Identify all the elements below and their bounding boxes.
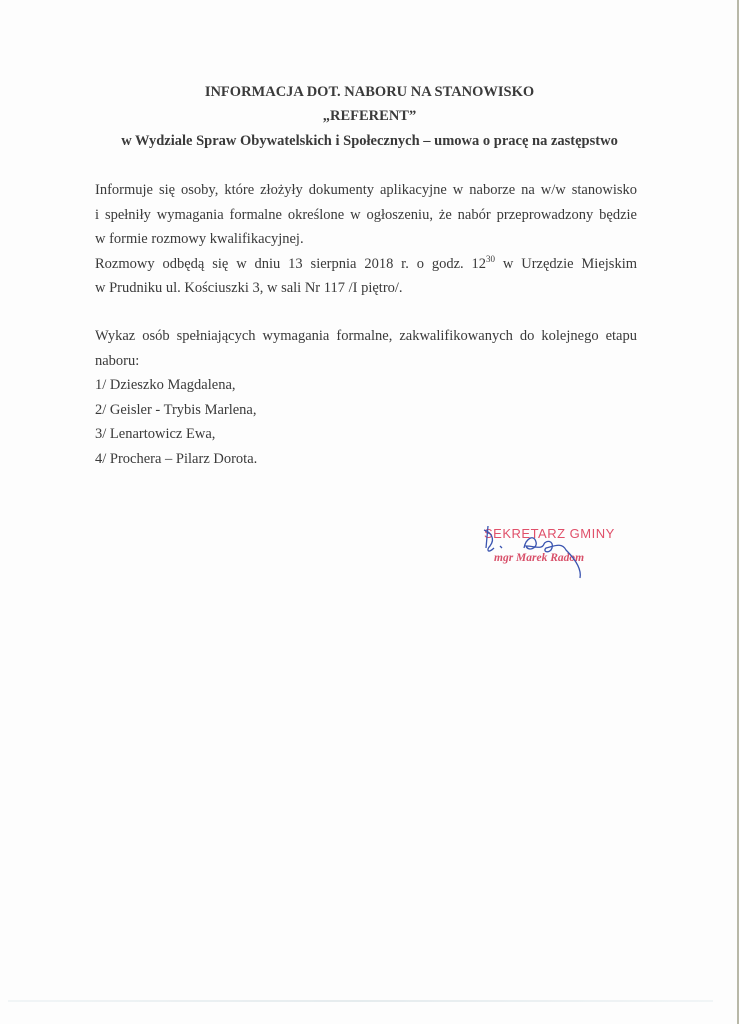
official-stamp: SEKRETARZ GMINY mgr Marek Radom [482, 526, 642, 596]
paragraph-line: w formie rozmowy kwalifikacyjnej. [95, 227, 637, 252]
candidates-paragraph: Wykaz osób spełniających wymagania forma… [95, 324, 637, 471]
candidate-item: 1/ Dzieszko Magdalena, [95, 373, 637, 398]
handwritten-signature-icon [482, 518, 632, 593]
interview-location-line: w Prudniku ul. Kościuszki 3, w sali Nr 1… [95, 276, 637, 301]
title-position: „REFERENT” [0, 104, 739, 128]
paragraph-line: naboru: [95, 349, 637, 374]
paragraph-line: i spełniły wymagania formalne określone … [95, 203, 637, 228]
scan-artifact-line [8, 1000, 713, 1002]
candidate-item: 4/ Prochera – Pilarz Dorota. [95, 447, 637, 472]
title-line-1: INFORMACJA DOT. NABORU NA STANOWISKO [0, 80, 739, 104]
candidate-item: 3/ Lenartowicz Ewa, [95, 422, 637, 447]
document-header: INFORMACJA DOT. NABORU NA STANOWISKO „RE… [0, 80, 739, 153]
candidate-item: 2/ Geisler - Trybis Marlena, [95, 398, 637, 423]
paragraph-line: Wykaz osób spełniających wymagania forma… [95, 324, 637, 349]
interview-date-line: Rozmowy odbędą się w dniu 13 sierpnia 20… [95, 252, 637, 277]
information-paragraph: Informuje się osoby, które złożyły dokum… [95, 178, 637, 301]
paragraph-line: Informuje się osoby, które złożyły dokum… [95, 178, 637, 203]
title-department: w Wydziale Spraw Obywatelskich i Społecz… [0, 129, 739, 153]
